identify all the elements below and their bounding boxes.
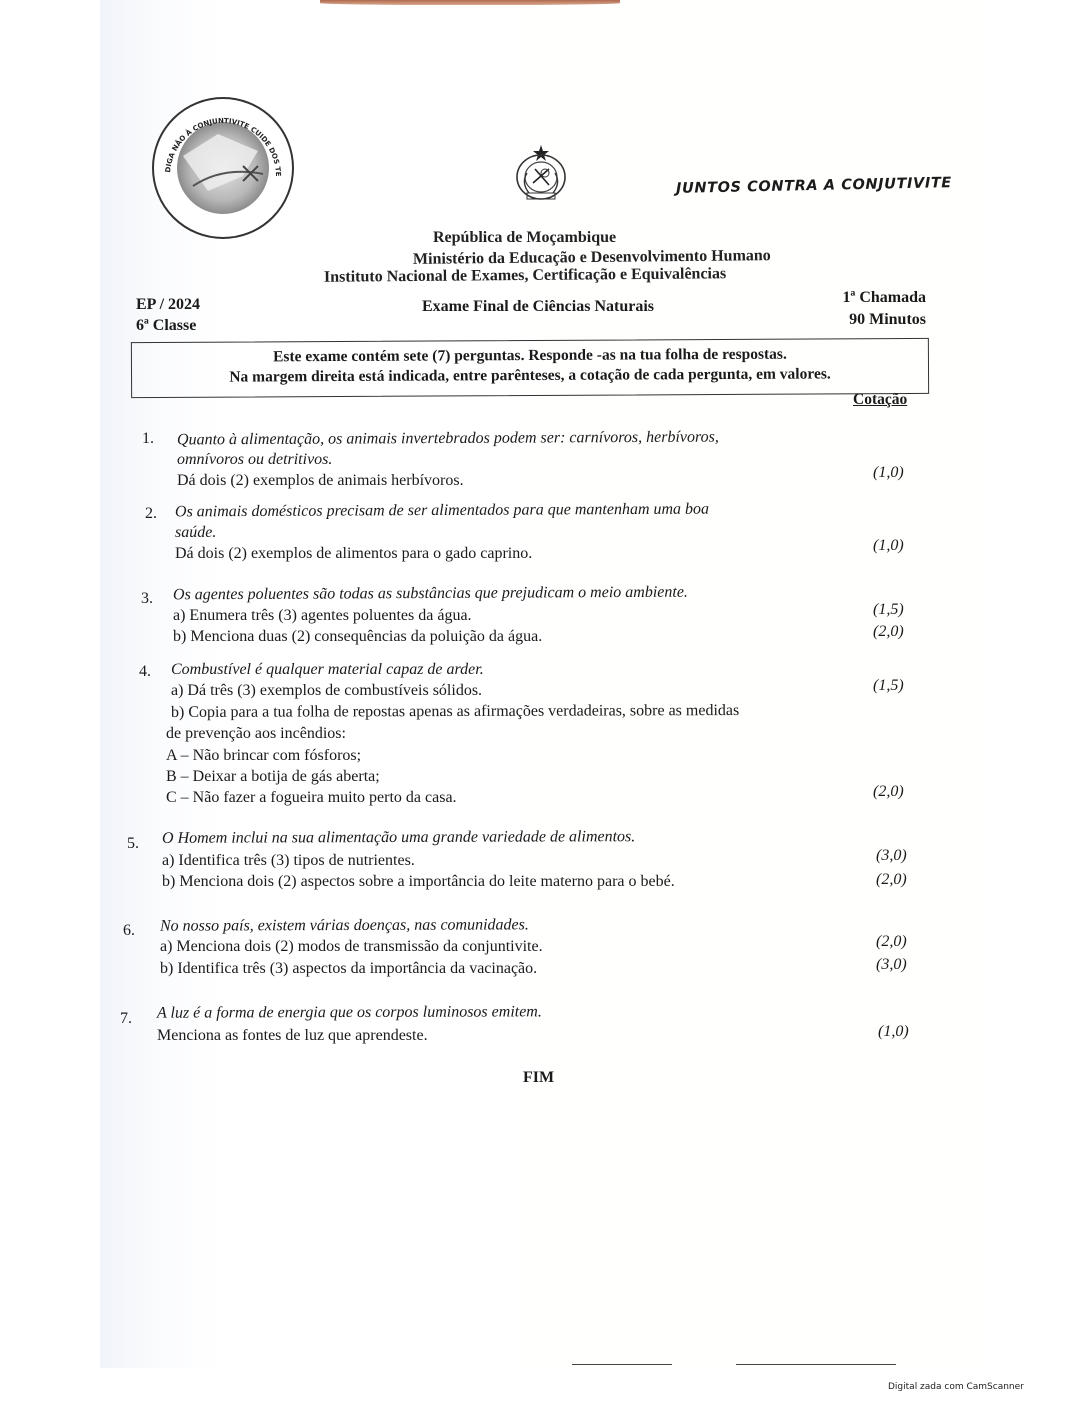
question-item: b) Identifica três (3) aspectos da impor… xyxy=(160,960,537,978)
question-score: (1,0) xyxy=(873,464,904,482)
exam-code: EP / 2024 xyxy=(136,296,200,314)
question-item: Dá dois (2) exemplos de animais herbívor… xyxy=(177,472,464,490)
header-institute: Instituto Nacional de Exames, Certificaç… xyxy=(324,265,726,287)
question-score: (1,0) xyxy=(878,1023,909,1041)
paper-bottom-edge xyxy=(736,1364,896,1365)
question-item: a) Enumera três (3) agentes poluentes da… xyxy=(173,607,472,625)
question-number: 4. xyxy=(139,663,151,681)
paper-bottom-edge xyxy=(572,1364,672,1365)
question-statement: Quanto à alimentação, os animais inverte… xyxy=(177,429,719,450)
question-score: (2,0) xyxy=(876,871,907,889)
question-score: (1,0) xyxy=(873,537,904,555)
instructions-line-1: Este exame contém sete (7) perguntas. Re… xyxy=(132,345,928,367)
header-republic: República de Moçambique xyxy=(433,229,616,247)
question-statement: O Homem inclui na sua alimentação uma gr… xyxy=(162,828,635,848)
question-item: b) Menciona duas (2) consequências da po… xyxy=(173,628,542,646)
question-item: Dá dois (2) exemplos de alimentos para o… xyxy=(175,545,532,563)
question-score: (2,0) xyxy=(873,623,904,641)
scanner-watermark: Digital zada com CamScanner xyxy=(888,1382,1024,1392)
question-score: (1,5) xyxy=(873,677,904,695)
question-number: 7. xyxy=(120,1010,132,1028)
question-item: a) Identifica três (3) tipos de nutrient… xyxy=(162,852,415,870)
question-item: Menciona as fontes de luz que aprendeste… xyxy=(157,1027,428,1045)
question-score: (3,0) xyxy=(876,956,907,974)
question-score: (3,0) xyxy=(876,847,907,865)
option-c: C – Não fazer a fogueira muito perto da … xyxy=(166,789,457,807)
question-statement: omnívoros ou detritivos. xyxy=(177,451,332,469)
question-item: a) Dá três (3) exemplos de combustíveis … xyxy=(171,682,482,700)
question-item: b) Copia para a tua folha de repostas ap… xyxy=(171,702,739,722)
exam-grade: 6ª Classe xyxy=(136,317,196,335)
instructions-line-2: Na margem direita está indicada, entre p… xyxy=(132,365,928,387)
score-column-header: Cotação xyxy=(853,391,907,409)
exam-duration: 90 Minutos xyxy=(820,311,926,329)
paper-top-edge xyxy=(320,0,620,5)
option-b: B – Deixar a botija de gás aberta; xyxy=(166,768,380,786)
question-number: 6. xyxy=(123,922,135,940)
question-item: b) Menciona dois (2) aspectos sobre a im… xyxy=(162,873,675,891)
mozambique-coat-of-arms-icon xyxy=(513,143,569,203)
question-statement: A luz é a forma de energia que os corpos… xyxy=(157,1003,542,1022)
option-a: A – Não brincar com fósforos; xyxy=(166,747,361,765)
conjunctivitis-seal-icon: DIGA NÃO À CONJUNTIVITE CUIDE DOS TEUS O… xyxy=(148,96,298,241)
question-number: 3. xyxy=(141,590,153,608)
question-statement: Os agentes poluentes são todas as substâ… xyxy=(173,584,688,605)
question-statement: saúde. xyxy=(175,524,216,542)
question-number: 5. xyxy=(127,835,139,853)
question-score: (1,5) xyxy=(873,601,904,619)
instructions-box: Este exame contém sete (7) perguntas. Re… xyxy=(131,338,929,398)
question-statement: Combustível é qualquer material capaz de… xyxy=(171,661,484,679)
question-score: (2,0) xyxy=(876,933,907,951)
exam-title: Exame Final de Ciências Naturais xyxy=(422,298,654,316)
exam-call: 1ª Chamada xyxy=(820,289,926,307)
question-statement: No nosso país, existem várias doenças, n… xyxy=(160,916,529,935)
end-marker: FIM xyxy=(523,1069,554,1087)
question-score: (2,0) xyxy=(873,783,904,801)
question-item: de prevenção aos incêndios: xyxy=(166,725,346,743)
question-number: 2. xyxy=(145,505,157,523)
question-item: a) Menciona dois (2) modos de transmissã… xyxy=(160,938,543,956)
question-number: 1. xyxy=(142,430,154,448)
question-statement: Os animais domésticos precisam de ser al… xyxy=(175,501,709,522)
